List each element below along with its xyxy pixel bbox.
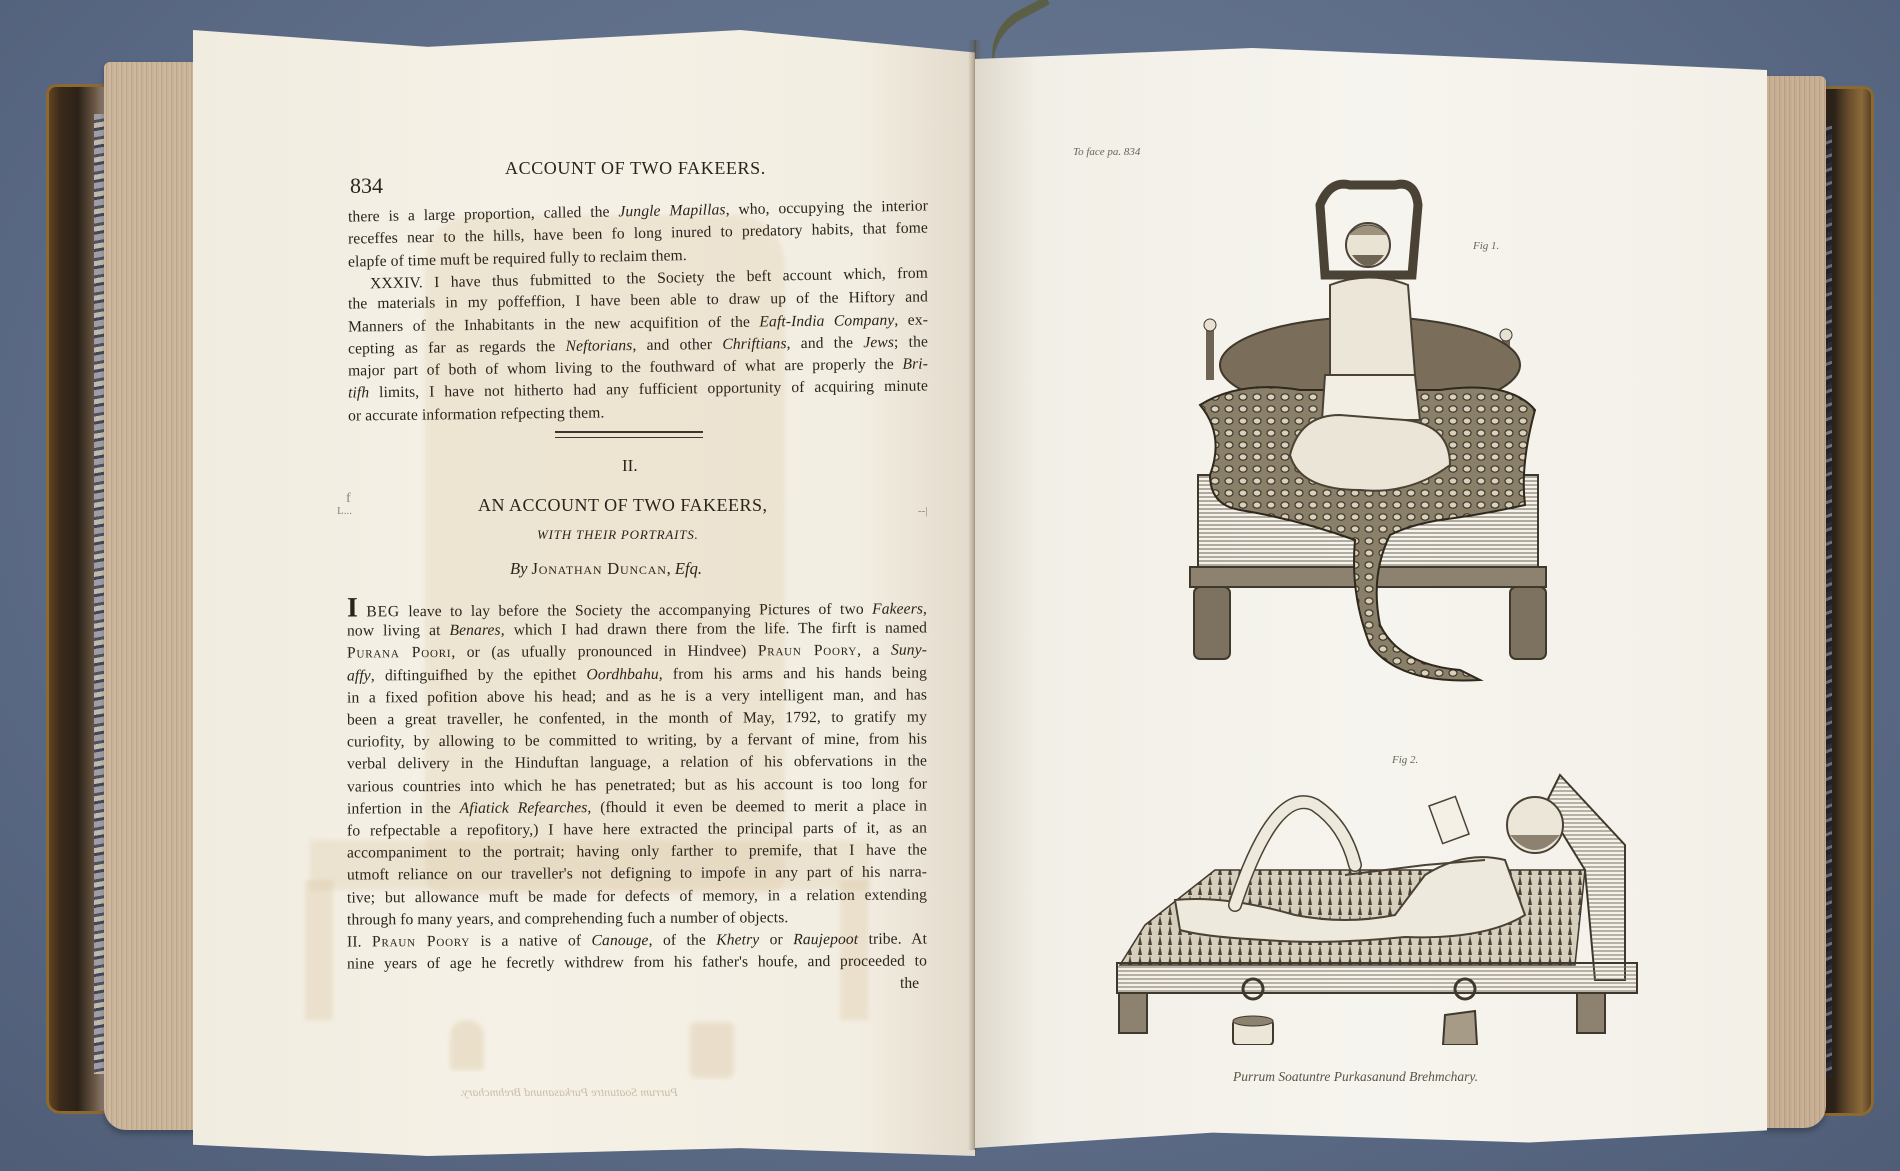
text-line: various countries into which he has pene… bbox=[347, 774, 927, 797]
text-line: curiofity, by allowing to be committed t… bbox=[347, 730, 927, 753]
text-line: nine years of age he fecretly withdrew f… bbox=[347, 952, 927, 975]
figure-1-engraving bbox=[1180, 175, 1560, 695]
article-subtitle: WITH THEIR PORTRAITS. bbox=[537, 527, 699, 543]
article-byline: By Jonathan Duncan, Efq. bbox=[510, 559, 702, 579]
text-line: been a great traveller, he confented, in… bbox=[347, 707, 927, 730]
running-head: ACCOUNT OF TWO FAKEERS. bbox=[505, 158, 766, 179]
text-line: fo refpectable a repofitory,) I have her… bbox=[347, 818, 927, 841]
text-line: II. Praun Poory is a native of Canouge, … bbox=[347, 929, 927, 952]
section-rule bbox=[555, 431, 703, 438]
text-line: verbal delivery in the Hinduftan languag… bbox=[347, 752, 927, 775]
text-line: accompaniment to the portrait; having on… bbox=[347, 841, 927, 864]
byline-prefix: By bbox=[510, 559, 527, 578]
byline-suffix: Efq. bbox=[675, 559, 702, 578]
article-numeral: II. bbox=[622, 456, 638, 476]
article-title: AN ACCOUNT OF TWO FAKEERS, bbox=[478, 495, 768, 516]
plate-caption: Purrum Soatuntre Purkasanund Brehmchary. bbox=[1233, 1069, 1478, 1085]
text-line: through fo many years, and comprehending… bbox=[347, 907, 927, 930]
text-line: tive; but allowance muft be made for def… bbox=[347, 885, 927, 908]
margin-mark-bracket-left: L... bbox=[337, 505, 352, 517]
text-line: now living at Benares, which I had drawn… bbox=[347, 619, 927, 642]
page-edges-left bbox=[104, 62, 196, 1130]
text-line: affy, diftinguifhed by the epithet Oordh… bbox=[347, 663, 927, 686]
figure-2-engraving bbox=[1105, 765, 1680, 1045]
page-edges-right bbox=[1762, 76, 1826, 1128]
page-number: 834 bbox=[350, 173, 383, 199]
text-line: in a fixed pofition above his head; and … bbox=[347, 685, 927, 708]
ghost-caption: Purrum Soatuntre Purkasanund Brehmchary. bbox=[460, 1085, 678, 1100]
plate-reference: To face pa. 834 bbox=[1073, 146, 1140, 158]
text-line: infertion in the Afiatick Refearches, (f… bbox=[347, 796, 927, 819]
byline-author: Jonathan Duncan bbox=[532, 559, 667, 578]
text-line: Purana Poori, or (as ufually pronounced … bbox=[347, 641, 927, 664]
catchword: the bbox=[900, 975, 919, 993]
margin-mark-bracket-right: --| bbox=[918, 505, 928, 517]
text-line: utmoft reliance on our traveller's not d… bbox=[347, 863, 927, 886]
